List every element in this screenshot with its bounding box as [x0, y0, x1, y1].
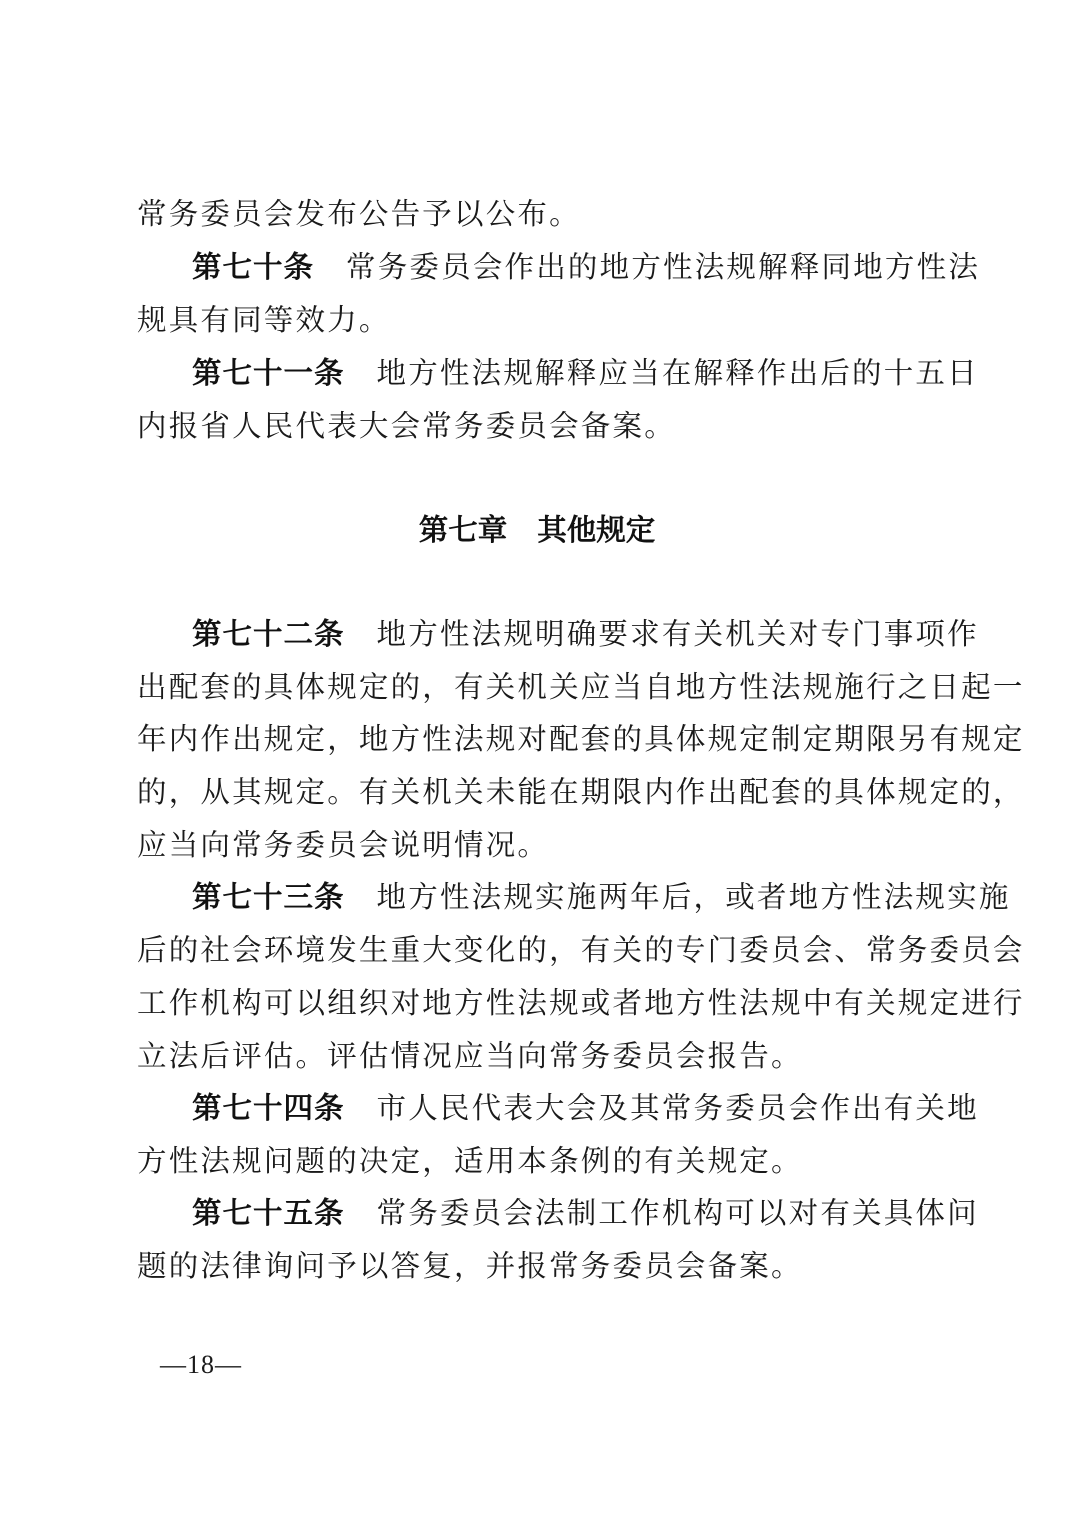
article-text: 地方性法规解释应当在解释作出后的十五日	[377, 356, 979, 390]
article-label: 第七十条	[192, 250, 314, 284]
article-label: 第七十二条	[192, 617, 345, 651]
article-75-first-line: 第七十五条常务委员会法制工作机构可以对有关具体问	[192, 1188, 932, 1238]
continuation-line: 常务委员会发布公告予以公布。	[137, 189, 937, 239]
document-page: 常务委员会发布公告予以公布。 第七十条常务委员会作出的地方性法规解释同地方性法 …	[0, 0, 1074, 1520]
article-label: 第七十五条	[192, 1196, 345, 1230]
article-73-first-line: 第七十三条地方性法规实施两年后，或者地方性法规实施	[192, 872, 932, 922]
chapter-heading: 第七章其他规定	[0, 505, 1074, 555]
article-70-line: 规具有同等效力。	[137, 295, 937, 345]
article-71-line: 内报省人民代表大会常务委员会备案。	[137, 401, 937, 451]
article-75-line: 题的法律询问予以答复，并报常务委员会备案。	[137, 1241, 937, 1291]
article-72-line: 的，从其规定。有关机关未能在期限内作出配套的具体规定的，	[137, 767, 932, 817]
article-72-first-line: 第七十二条地方性法规明确要求有关机关对专门事项作	[192, 609, 932, 659]
article-73-line: 立法后评估。评估情况应当向常务委员会报告。	[137, 1031, 937, 1081]
article-text: 地方性法规明确要求有关机关对专门事项作	[377, 617, 979, 651]
article-70-first-line: 第七十条常务委员会作出的地方性法规解释同地方性法	[192, 242, 932, 292]
article-text: 常务委员会作出的地方性法规解释同地方性法	[346, 250, 980, 284]
article-72-line: 应当向常务委员会说明情况。	[137, 820, 937, 870]
article-73-line: 工作机构可以组织对地方性法规或者地方性法规中有关规定进行	[137, 978, 932, 1028]
article-74-first-line: 第七十四条市人民代表大会及其常务委员会作出有关地	[192, 1083, 932, 1133]
article-72-line: 出配套的具体规定的，有关机关应当自地方性法规施行之日起一	[137, 662, 932, 712]
article-72-line: 年内作出规定，地方性法规对配套的具体规定制定期限另有规定	[137, 714, 932, 764]
chapter-number: 第七章	[419, 513, 508, 547]
article-74-line: 方性法规问题的决定，适用本条例的有关规定。	[137, 1136, 937, 1186]
article-label: 第七十三条	[192, 880, 345, 914]
article-label: 第七十四条	[192, 1091, 345, 1125]
article-71-first-line: 第七十一条地方性法规解释应当在解释作出后的十五日	[192, 348, 932, 398]
article-73-line: 后的社会环境发生重大变化的，有关的专门委员会、常务委员会	[137, 925, 932, 975]
article-text: 常务委员会法制工作机构可以对有关具体问	[377, 1196, 979, 1230]
article-text: 市人民代表大会及其常务委员会作出有关地	[377, 1091, 979, 1125]
article-label: 第七十一条	[192, 356, 345, 390]
page-number: —18—	[160, 1350, 242, 1380]
article-text: 地方性法规实施两年后，或者地方性法规实施	[377, 880, 1011, 914]
chapter-title: 其他规定	[537, 513, 655, 547]
